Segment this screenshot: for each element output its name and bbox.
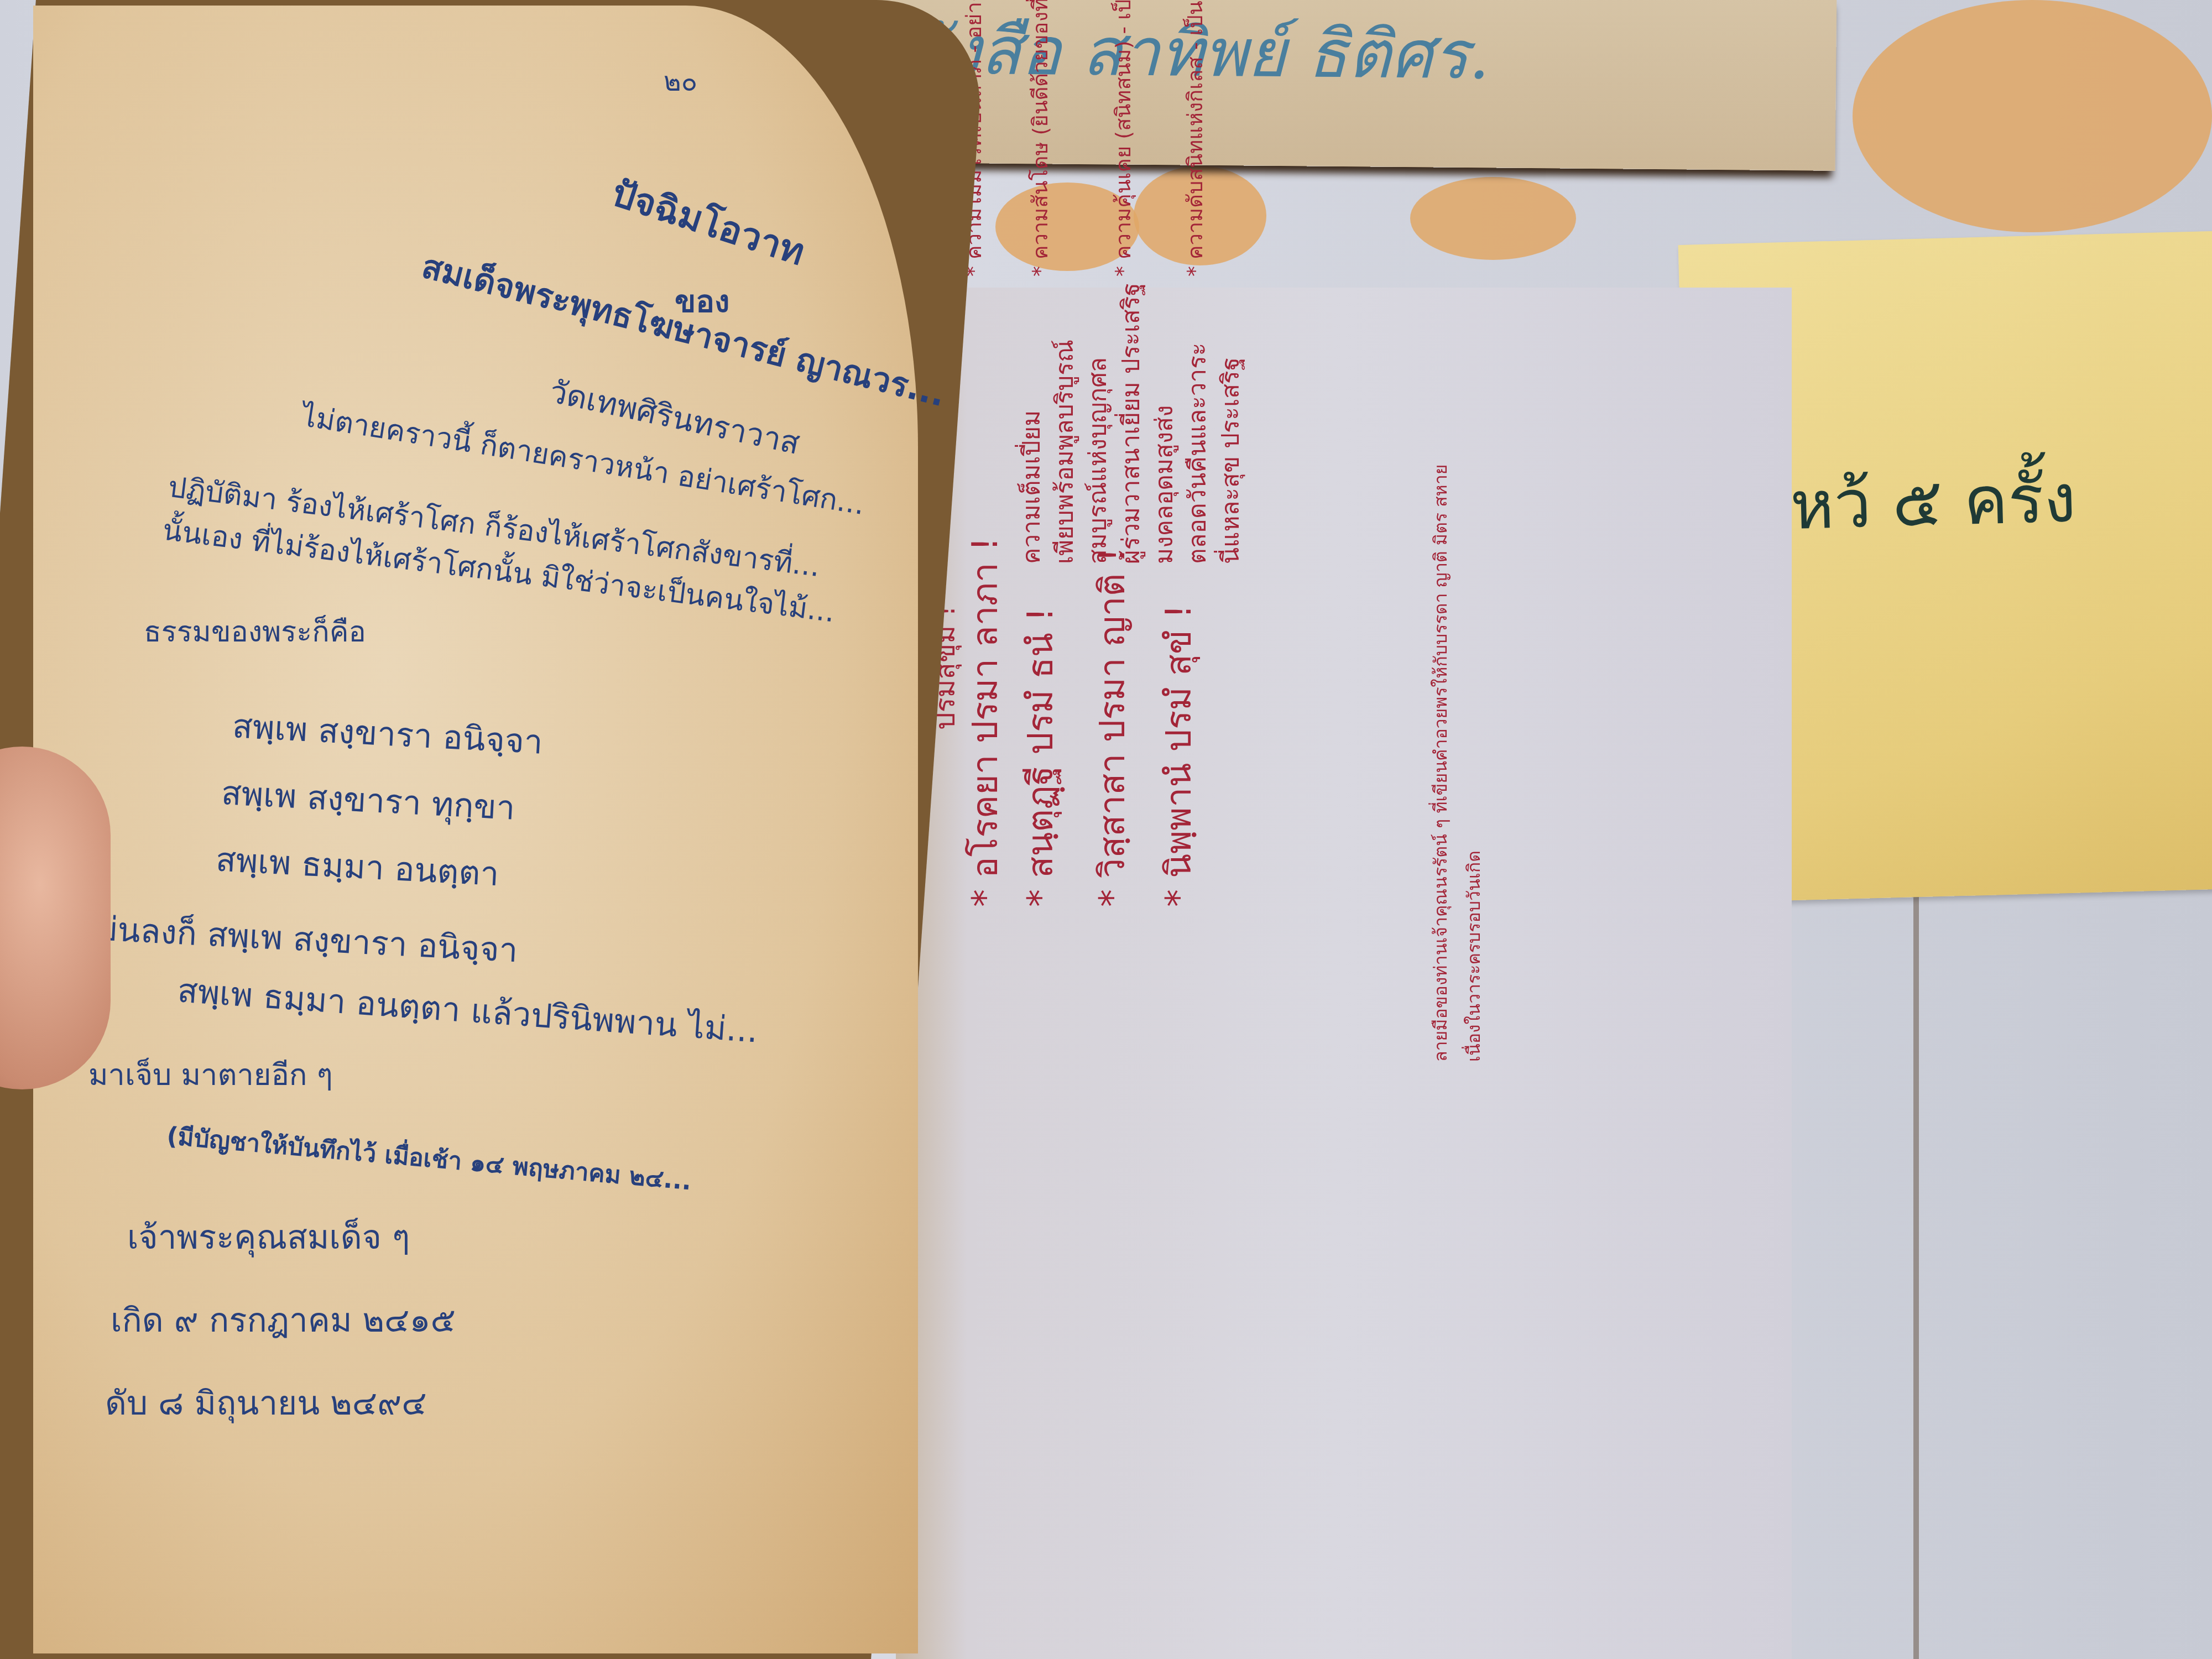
verse-line: สพฺเพ ธมฺมา อนตฺตา — [215, 833, 500, 901]
verse-line: สพฺเพ สงฺขารา อนิจฺจา — [231, 700, 544, 768]
blessing-line: * อโรคยา ปรมา ลาภา ! — [957, 537, 1013, 907]
dated-note: (มีบัญชาให้บันทึกไว้ เมื่อเช้า ๑๔ พฤษภาค… — [165, 1117, 693, 1201]
tablecloth-flower — [1410, 177, 1576, 260]
blessing-line: * นิพฺพานํ ปรมํ สุขํ ! — [1150, 604, 1207, 907]
blessing-line: * สนฺตุฏฺฐี ปรมํ ธนํ ! — [1012, 607, 1068, 907]
verse-line: สพฺเพ สงฺขารา ทุกฺขา — [220, 766, 517, 834]
explanation-line: * ความสันโดษ (ยินดีด้วยของที่มีอยู่) - เ… — [1023, 0, 1057, 276]
footer-line: เกิด ๙ กรกฎาคม ๒๔๑๕ — [111, 1294, 456, 1347]
holding-thumb — [0, 747, 111, 1089]
signature-note: เนื่องในวาระครบรอบวันเกิด — [1460, 851, 1488, 1062]
right-page: ปรมสุขุม ! * อโรคยา ปรมา ลาภา ! * สนฺตุฏ… — [896, 288, 1792, 1659]
tablecloth-flower — [1853, 0, 2212, 232]
explanation-line: นี่แหละสุข ประเสริฐ — [1211, 357, 1250, 564]
verse-line: สพฺเพ ธมฺมา อนตฺตา แล้วปรินิพพาน ไม่... — [176, 964, 760, 1057]
verse-line: มาเจ็บ มาตายอีก ๆ — [88, 1051, 333, 1098]
page-number: ๒๐ — [664, 61, 697, 103]
tile-grout-line — [1913, 896, 1919, 1659]
explanation-line: * ความดับสนิทแห่งกิเลส - เป็นสุขอย่างยอด… — [1178, 0, 1212, 276]
left-page: ๒๐ ปัจฉิมโอวาท ของ สมเด็จพระพุทธโฆษาจารย… — [33, 6, 918, 1653]
blessing-line: * วิสฺสาสา ปรมา ญาติ ! — [1084, 548, 1140, 907]
footer-line: เจ้าพระคุณสมเด็จ ๆ — [127, 1211, 410, 1264]
explanation-line: * ความคุ้นเคย (สนิทสนม) - เป็นญาติอย่างย… — [1106, 0, 1140, 276]
footer-line: ดับ ๘ มิถุนายน ๒๔๙๔ — [105, 1377, 427, 1430]
signature-note: ลายมือของท่านเจ้าคุณนรรัตน์ ๆ ที่เขียนคำ… — [1427, 465, 1455, 1062]
verse-line: ...ย่นลงก็ สพฺเพ สงฺขารา อนิจฺจา — [65, 901, 519, 977]
yellow-card-text: ไหว้ ๕ ครั้ง — [1755, 445, 2077, 559]
body-line: ธรรมของพระก็คือ — [144, 608, 366, 654]
page-title: ปัจฉิมโอวาท — [604, 164, 812, 281]
